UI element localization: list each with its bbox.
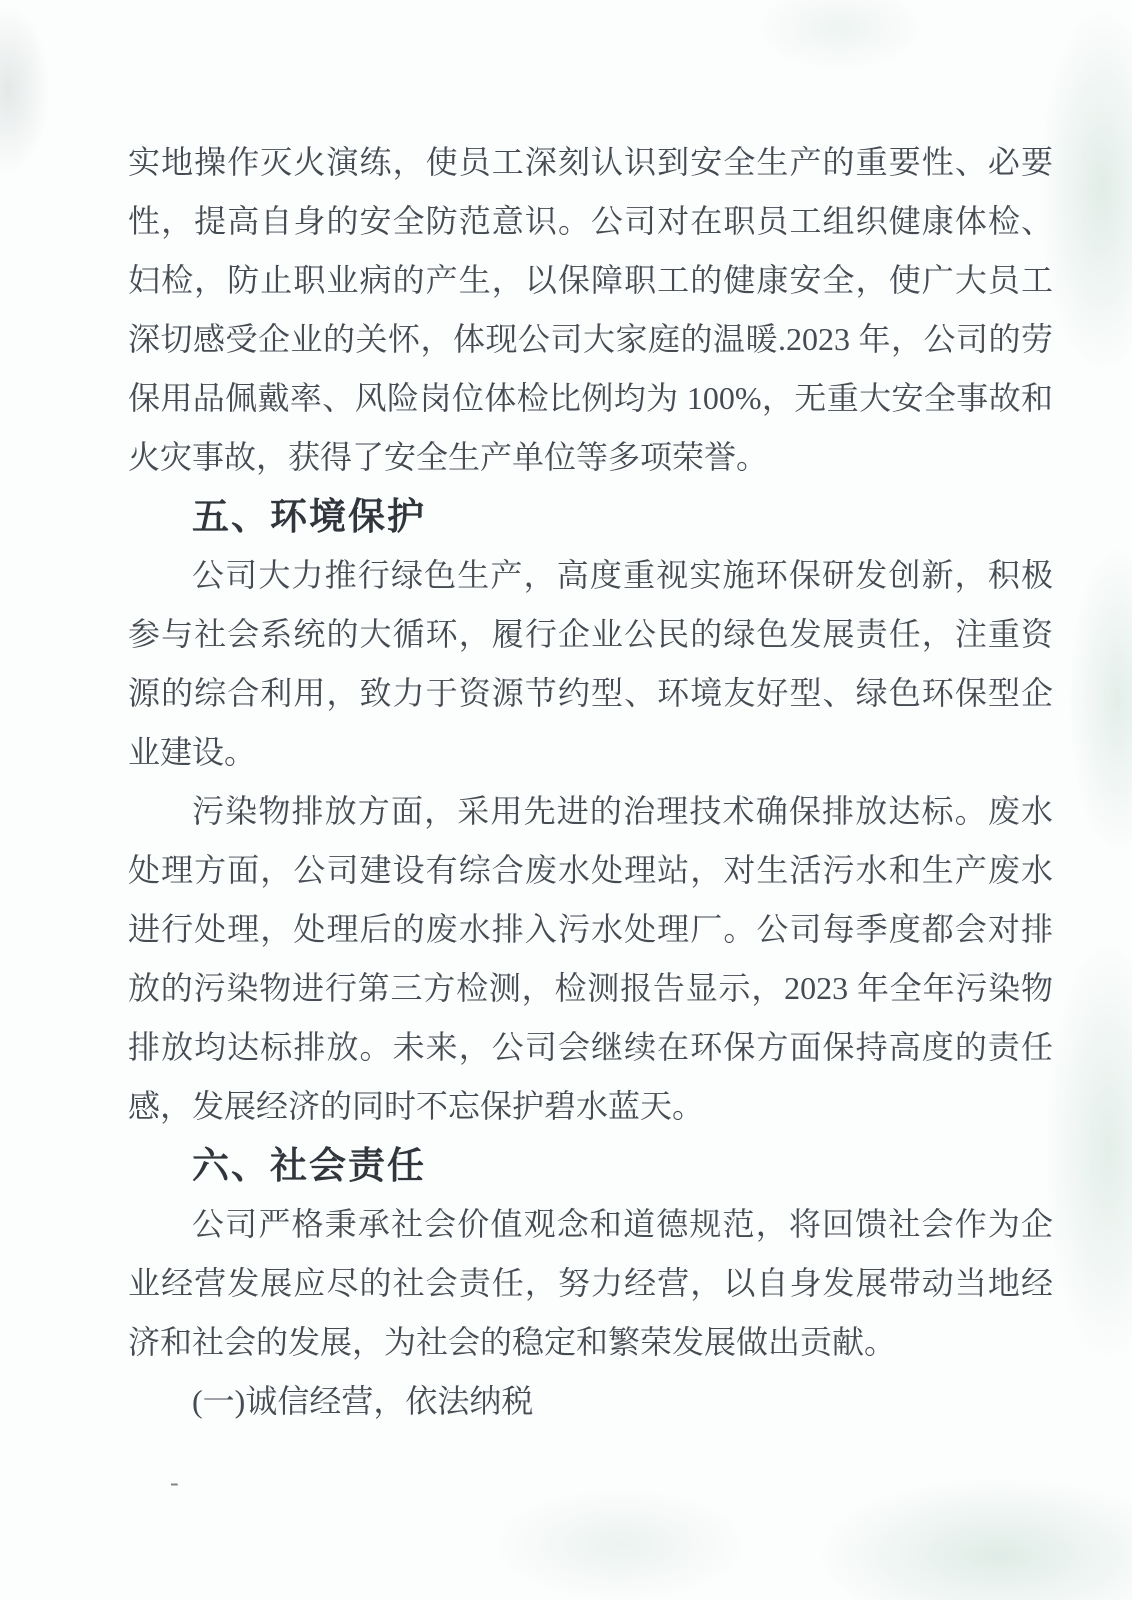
stray-scan-mark: - [170,1468,179,1498]
text-line: 济和社会的发展，为社会的稳定和繁荣发展做出贡献。 [128,1313,1053,1372]
text-line: 保用品佩戴率、风险岗位体检比例均为 100%，无重大安全事故和 [128,369,1053,428]
text-line: 性，提高自身的安全防范意识。公司对在职员工组织健康体检、 [128,192,1053,251]
text-line: 业经营发展应尽的社会责任，努力经营，以自身发展带动当地经 [128,1254,1053,1313]
text-line: 公司大力推行绿色生产，高度重视实施环保研发创新，积极 [128,546,1053,605]
text-line: 火灾事故，获得了安全生产单位等多项荣誉。 [128,428,1053,487]
text-line: 放的污染物进行第三方检测，检测报告显示，2023 年全年污染物 [128,959,1053,1018]
text-line: 实地操作灭火演练，使员工深刻认识到安全生产的重要性、必要 [128,133,1053,192]
text-line: 深切感受企业的关怀，体现公司大家庭的温暖.2023 年，公司的劳 [128,310,1053,369]
text-line: 公司严格秉承社会价值观念和道德规范，将回馈社会作为企 [128,1195,1053,1254]
text-line: 进行处理，处理后的废水排入污水处理厂。公司每季度都会对排 [128,900,1053,959]
text-line: 排放均达标排放。未来，公司会继续在环保方面保持高度的责任 [128,1018,1053,1077]
text-line: 业建设。 [128,723,1053,782]
text-line: 感，发展经济的同时不忘保护碧水蓝天。 [128,1077,1053,1136]
text-line: 源的综合利用，致力于资源节约型、环境友好型、绿色环保型企 [128,664,1053,723]
text-line: 处理方面，公司建设有综合废水处理站，对生活污水和生产废水 [128,841,1053,900]
text-line: 污染物排放方面，采用先进的治理技术确保排放达标。废水 [128,782,1053,841]
text-line: 妇检，防止职业病的产生，以保障职工的健康安全，使广大员工 [128,251,1053,310]
section-heading: 六、社会责任 [128,1136,1053,1195]
text-line: 参与社会系统的大循环，履行企业公民的绿色发展责任，注重资 [128,605,1053,664]
document-body: 实地操作灭火演练，使员工深刻认识到安全生产的重要性、必要性，提高自身的安全防范意… [128,133,1053,1431]
document-page: 实地操作灭火演练，使员工深刻认识到安全生产的重要性、必要性，提高自身的安全防范意… [0,0,1132,1600]
subsection-heading: (一)诚信经营，依法纳税 [128,1372,1053,1431]
section-heading: 五、环境保护 [128,487,1053,546]
